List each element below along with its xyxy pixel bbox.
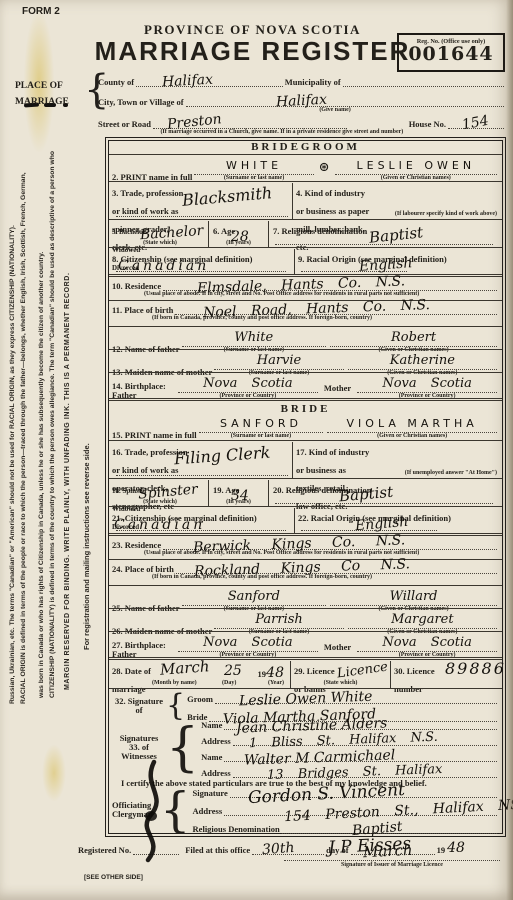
groom-status-age-religion-row: 5. Bachelor Widowed Divorced Bachelor (S…	[109, 219, 502, 247]
groom-name-row: 2. PRINT name in full WHITE (Surname or …	[109, 154, 502, 181]
mother-birthplace-label: Mother	[324, 643, 351, 652]
bride-mother-row: 26. Maiden name of mother Parrish (Surna…	[109, 608, 502, 631]
margin-note-citizenship: CITIZENSHIP (NATIONALITY) is defined in …	[34, 148, 58, 698]
clergyman-address-label: Address	[193, 807, 223, 816]
groom-parents-birthplace-row: 14. Birthplace: Father Nova Scotia (Prov…	[109, 372, 502, 398]
bride-given-names-value: VIOLA MARTHA	[347, 417, 478, 430]
issuer-signature-block: J P Eisses Signature of Issuer of Marria…	[282, 845, 502, 869]
witness1-address-value: 1 Bliss St. Halifax N.S.	[249, 732, 438, 751]
groom-industry-caption: (If labourer specify kind of work above)	[395, 211, 497, 218]
bride-parents-birthplace-row: 27. Birthplace: Father Nova Scotia (Prov…	[109, 631, 502, 657]
city-label: City, Town or Village of	[98, 98, 184, 107]
bride-father-birthplace: Nova Scotia	[203, 635, 293, 650]
bride-industry-caption: (If unemployed answer "At Home")	[405, 470, 497, 477]
margin-note-binding: MARGIN RESERVED FOR BINDING. WRITE PLAIN…	[64, 150, 71, 690]
bride-birthplace-label: 24. Place of birth	[112, 565, 174, 574]
place-of-marriage-label: PLACE OF MARRIAGE	[15, 78, 69, 110]
groom-father-surname: White	[234, 330, 273, 345]
issuer-signature-value: J P Eisses	[328, 838, 412, 854]
groom-trade-value: Blacksmith	[182, 187, 273, 207]
groom-mother-birthplace: Nova Scotia	[382, 376, 472, 391]
groom-religion-value: Baptist	[369, 226, 424, 244]
groom-father-row: 12. Name of father White (Surname or las…	[109, 326, 502, 349]
registered-no-value-line	[133, 842, 179, 855]
clergyman-denomination-label: Religious Denomination	[193, 825, 280, 834]
groom-surname-value: WHITE	[226, 159, 282, 172]
groom-birthplace-label: 11. Place of birth	[112, 306, 173, 315]
groom-residence-row: 10. Residence Elmsdale, Hants Co. N.S. (…	[109, 274, 502, 300]
bride-citizenship-origin-row: 21. Citizenship (see marginal definition…	[109, 506, 502, 533]
couple-signature-label: 32. Signature of	[112, 697, 166, 715]
clergyman-signature-label: Signature	[193, 789, 228, 798]
officiating-clergyman-label: Officiating Clergyman	[112, 801, 160, 819]
see-other-side-note: [SEE OTHER SIDE]	[84, 874, 143, 881]
licence-number-value: 89886	[445, 663, 506, 675]
bride-mother-birthplace: Nova Scotia	[382, 635, 472, 650]
witness2-name-label: Name	[201, 753, 222, 762]
groom-parents-birthplace-label: 14. Birthplace: Father	[112, 382, 176, 400]
clergyman-brace: {	[160, 786, 191, 834]
groom-residence-label: 10. Residence	[112, 282, 161, 291]
filed-at-office-label: Filed at this office	[185, 846, 250, 855]
margin-note-registration: For registration and mailing instruction…	[82, 170, 91, 650]
bride-mother-given: Margaret	[391, 612, 453, 627]
name-annotation-mark: ⊛	[319, 162, 330, 174]
street-caption: (If marriage occurred in a Church, give …	[157, 129, 407, 136]
municipality-label: Municipality of	[285, 78, 341, 87]
couple-brace: {	[166, 691, 185, 721]
groom-birthplace-row: 11. Place of birth Noel Road, Hants Co. …	[109, 300, 502, 326]
year-prefix: 19	[258, 670, 267, 679]
bride-name-row: 15. PRINT name in full SANFORD (Surname …	[109, 413, 502, 440]
witnesses-brace: {	[166, 722, 199, 774]
licence-caption: (State which)	[291, 680, 390, 687]
groom-mother-row: 13. Maiden name of mother Harvie (Surnam…	[109, 349, 502, 372]
groom-mother-given: Katherine	[390, 353, 455, 368]
paper-stain-bottom	[42, 744, 66, 802]
clergyman-signature-value: Gordon S. Vincent	[248, 784, 405, 804]
bride-birthplace-row: 24. Place of birth Rockland Kings Co N.S…	[109, 559, 502, 585]
marriage-year-value: 48	[266, 666, 284, 680]
groom-citizenship-origin-row: 8. Citizenship (see marginal definition)…	[109, 247, 502, 274]
bride-father-row: 25. Name of father Sanford (Surname or l…	[109, 585, 502, 608]
bride-age-caption: (In years)	[209, 499, 268, 506]
year-caption: (Year)	[268, 680, 284, 687]
scan-edge-shadow	[506, 0, 513, 900]
street-label: Street or Road	[98, 120, 151, 129]
witnesses-label: Signatures 33. of Witnesses	[112, 734, 166, 761]
bride-residence-label: 23. Residence	[112, 541, 161, 550]
witness1-name-label: Name	[201, 721, 222, 730]
bride-trade-industry-row: 16. Trade, profession or kind of work as…	[109, 440, 502, 478]
house-no-label: House No.	[409, 120, 446, 129]
groom-given-names-value: LESLIE OWEN	[356, 159, 475, 172]
city-caption: (Give name)	[319, 107, 351, 114]
register-form-box: BRIDEGROOM 2. PRINT name in full WHITE (…	[105, 137, 506, 837]
bride-religion-value: Baptist	[339, 486, 394, 503]
place-of-marriage-section: PLACE OF MARRIAGE { County of Halifax Mu…	[12, 70, 506, 136]
groom-father-birthplace: Nova Scotia	[203, 376, 293, 391]
bride-status-age-religion-row: 18. Spinster Widowed Divorced Spinster (…	[109, 478, 502, 506]
marriage-date-licence-row: 28. Date of marriage March 25 19 48 (Mon…	[109, 657, 502, 688]
bridegroom-section-title: BRIDEGROOM	[109, 141, 502, 154]
bride-section-title: BRIDE	[109, 398, 502, 413]
groom-signature-label: Groom	[187, 695, 213, 704]
mother-birthplace-label: Mother	[324, 384, 351, 393]
marriage-month-value: March	[160, 660, 210, 675]
province-caption: (Province or Country)	[176, 393, 320, 400]
groom-trade-industry-row: 3. Trade, profession or kind of work as …	[109, 181, 502, 219]
groom-signature-value: Leslie Owen White	[239, 690, 373, 707]
witness1-address-label: Address	[201, 737, 231, 746]
form-number-label: FORM 2	[22, 6, 60, 17]
house-no-value: 154	[461, 114, 490, 132]
bride-mother-surname: Parrish	[255, 612, 303, 627]
surname-caption: (Surname or last name)	[197, 433, 326, 440]
given-names-caption: (Given or Christian names)	[325, 433, 499, 440]
registered-no-label: Registered No.	[78, 846, 131, 855]
municipality-value-line	[343, 74, 504, 87]
reg-no-value: 001644	[399, 45, 503, 64]
witness-signatures-row: Signatures 33. of Witnesses { Name Jean …	[109, 722, 502, 772]
groom-age-caption: (In years)	[209, 240, 268, 247]
day-caption: (Day)	[222, 680, 236, 687]
bride-trade-value: Filing Clerk	[174, 447, 271, 466]
groom-mother-surname: Harvie	[257, 353, 302, 368]
month-caption: (Month by name)	[152, 680, 197, 687]
bride-father-surname: Sanford	[228, 589, 280, 604]
bride-status-caption: (State which)	[112, 499, 208, 506]
bride-father-given: Willard	[390, 589, 438, 604]
licence-or-banns-value: Licence	[336, 662, 388, 681]
groom-religion-label: 7. Religious denomination	[273, 226, 367, 236]
bride-name-label: 15. PRINT name in full	[112, 431, 197, 440]
bride-residence-row: 23. Residence Berwick Kings Co. N.S. (Us…	[109, 533, 502, 559]
groom-status-caption: (State which)	[112, 240, 208, 247]
province-caption: (Province or Country)	[355, 393, 499, 400]
marriage-day-value: 25	[224, 664, 242, 678]
margin-note-racial-origin: RACIAL ORIGIN is defined in terms of the…	[5, 148, 29, 704]
clergyman-section: Officiating Clergyman { Signature Gordon…	[109, 785, 502, 833]
county-value: Halifax	[162, 73, 214, 90]
marriage-register-scan: For registration and mailing instruction…	[0, 0, 513, 900]
issuer-signature-caption: Signature of Issuer of Marriage Licence	[282, 862, 502, 869]
groom-father-given: Robert	[391, 330, 436, 345]
reg-no-stamp-box: Reg. No. (Office use only) 001644	[397, 33, 505, 72]
county-label: County of	[98, 78, 134, 87]
bride-surname-value: SANFORD	[220, 417, 302, 430]
